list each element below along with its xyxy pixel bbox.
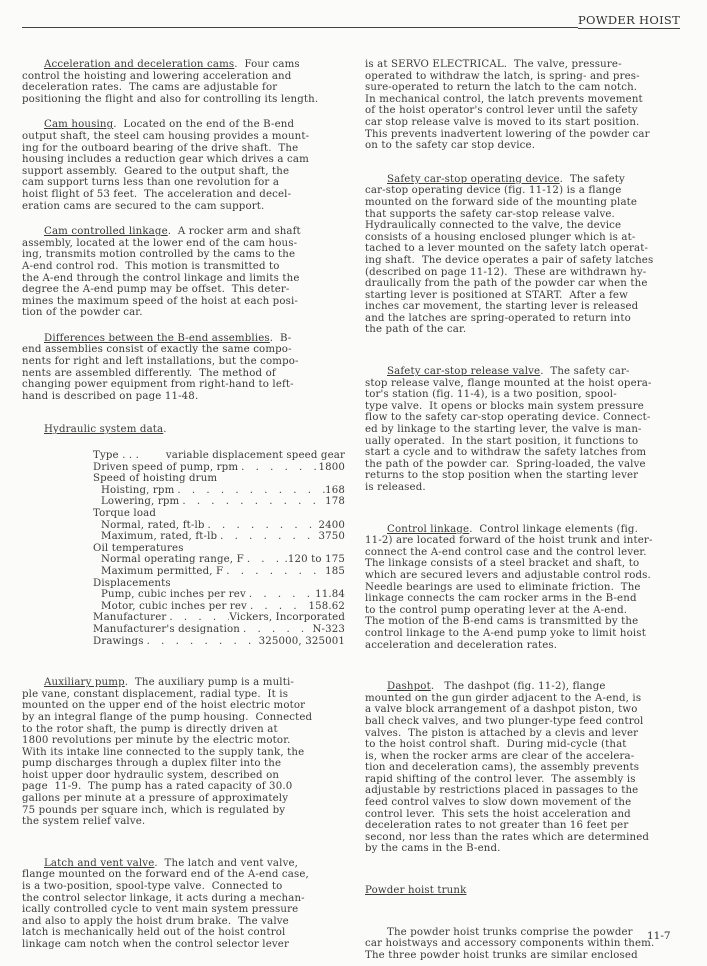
spec-row: Manufacturer. . . . . . . . . . . . . . …	[93, 612, 345, 624]
text-line: car-stop operating device (fig. 11-12) i…	[365, 185, 688, 197]
text-line: the path of the powder car. Spring-loade…	[365, 459, 688, 471]
text-line: support assembly. Geared to the output s…	[22, 166, 344, 178]
section-heading: Dashpot	[387, 681, 431, 692]
spec-value: 11.84	[315, 589, 345, 601]
text-line: positioning the flight and also for cont…	[22, 94, 344, 106]
spec-label: Hoisting, rpm	[101, 485, 174, 497]
text-line: assembly, located at the lower end of th…	[22, 238, 344, 250]
spec-value: N-323	[312, 624, 345, 636]
para-carstop-release: Safety car-stop release valve. The safet…	[365, 366, 688, 494]
spec-value: variable displacement speed gear	[166, 450, 345, 462]
text-line: the A-end through the control linkage an…	[22, 273, 344, 285]
para-accel-cams: Acceleration and deceleration cams. Four…	[22, 59, 344, 105]
para-aux-pump: Auxiliary pump. The auxiliary pump is a …	[22, 677, 344, 828]
section-heading: Cam housing	[44, 119, 113, 130]
leader-dots	[139, 450, 166, 462]
text-line: the system relief valve.	[22, 816, 344, 828]
spec-label: Normal operating range, F	[101, 554, 244, 566]
text-line: (described on page 11-12). These are wit…	[365, 267, 688, 279]
text-line: gallons per minute at a pressure of appr…	[22, 793, 344, 805]
text-line: end assemblies consist of exactly the sa…	[22, 344, 344, 356]
spec-label: Torque load	[93, 508, 156, 520]
trunk-heading: Powder hoist trunk	[365, 885, 688, 897]
spec-row: Manufacturer's designation. . . . . . . …	[93, 624, 345, 636]
leader-dots	[184, 543, 345, 555]
text-line: The three powder hoist trunks are simila…	[365, 950, 688, 962]
spec-row: Maximum, rated, ft-lb. . . . . . . . . .…	[93, 531, 345, 543]
text-line: tached to a lever mounted on the safety …	[365, 243, 688, 255]
spec-value: 168	[325, 485, 345, 497]
text-line: latch is mechanically held out of the ho…	[22, 927, 344, 939]
section-heading: Latch and vent valve	[44, 858, 154, 869]
text-line: by the cams in the B-end.	[365, 843, 688, 855]
text-line: returns to the stop position when the st…	[365, 470, 688, 482]
text-line: In mechanical control, the latch prevent…	[365, 94, 688, 106]
section-heading: Auxiliary pump	[44, 677, 125, 688]
text-line: cam support turns less than one revoluti…	[22, 177, 344, 189]
text-line: mounted on the forward side of the mount…	[365, 197, 688, 209]
spec-value: 158.62	[308, 601, 345, 613]
text-line: type valve. It opens or blocks main syst…	[365, 401, 688, 413]
spec-label: Drawings	[93, 636, 144, 648]
text-line: is released.	[365, 482, 688, 494]
text-line: ed by linkage to the starting lever, the…	[365, 424, 688, 436]
spec-value: 178	[325, 496, 345, 508]
spec-row: Driven speed of pump, rpm. . . . . . . .…	[93, 462, 345, 474]
text-line: and also to apply the hoist drum brake. …	[22, 916, 344, 928]
leader-dots	[171, 578, 345, 590]
text-line: page 11-9. The pump has a rated capacity…	[22, 781, 344, 793]
spec-row: Normal, rated, ft-lb. . . . . . . . . . …	[93, 520, 345, 532]
text-line: Safety car-stop operating device. The sa…	[365, 174, 688, 186]
text-line: The linkage consists of a steel bracket …	[365, 558, 688, 570]
text-line: second, nor less than the rates which ar…	[365, 832, 688, 844]
para-cam-linkage: Cam controlled linkage. A rocker arm and…	[22, 226, 344, 319]
text-line: hoist upper door hydraulic system, descr…	[22, 770, 344, 782]
text-line: valves. The piston is attached by a clev…	[365, 728, 688, 740]
spec-row: Speed of hoisting drum	[93, 473, 345, 485]
text-line: 75 pounds per square inch, which is regu…	[22, 805, 344, 817]
section-heading: Control linkage	[387, 524, 469, 535]
text-line: car hoistways and accessory components w…	[365, 938, 688, 950]
text-line: the control selector linkage, it acts du…	[22, 893, 344, 905]
para-latch-vent: Latch and vent valve. The latch and vent…	[22, 858, 344, 951]
text-line: 1800 revolutions per minute by the elect…	[22, 735, 344, 747]
leader-dots: . . . . . . . . . . . . . . . . . . . . …	[247, 601, 309, 613]
text-line: hand is described on page 11-48.	[22, 391, 344, 403]
text-line: sure-operated to return the latch to the…	[365, 82, 688, 94]
text-line: control the hoisting and lowering accele…	[22, 71, 344, 83]
leader-dots: . . . . . . . . . . . . . . . . . . . . …	[179, 496, 325, 508]
text-line: eration cams are secured to the cam supp…	[22, 201, 344, 213]
text-line: ing shaft. The device operates a pair of…	[365, 255, 688, 267]
leader-dots	[156, 508, 345, 520]
text-line: and the latches are spring-operated to r…	[365, 313, 688, 325]
spec-row: Oil temperatures	[93, 543, 345, 555]
text-line: flow to the safety car-stop operating de…	[365, 412, 688, 424]
spec-row: Hoisting, rpm. . . . . . . . . . . . . .…	[93, 485, 345, 497]
text-line: flange mounted on the forward end of the…	[22, 869, 344, 881]
text-line: changing power equipment from right-hand…	[22, 379, 344, 391]
spec-row: Drawings. . . . . . . . . . . . . . . . …	[93, 636, 345, 648]
leader-dots: . . . . . . . . . . . . . . . . . . . . …	[217, 531, 318, 543]
text-line: Cam controlled linkage. A rocker arm and…	[22, 226, 344, 238]
text-line: car stop release valve is moved to its s…	[365, 117, 688, 129]
text-line: Hydraulically connected to the valve, th…	[365, 220, 688, 232]
text-line: nents are assembled differently. The met…	[22, 368, 344, 380]
text-line: rapid shifting of the control lever. The…	[365, 774, 688, 786]
spec-row: Maximum permitted, F. . . . . . . . . . …	[93, 566, 345, 578]
hydraulic-spec-table: Type . . .variable displacement speed ge…	[22, 450, 345, 647]
text-line: mounted on the gun girder adjacent to th…	[365, 693, 688, 705]
spec-label: Motor, cubic inches per rev	[101, 601, 247, 613]
para-latch-continued: is at SERVO ELECTRICAL. The valve, press…	[365, 59, 688, 152]
spec-label: Lowering, rpm	[101, 496, 179, 508]
text-line: A-end control rod. This motion is transm…	[22, 261, 344, 273]
para-dashpot: Dashpot. The dashpot (fig. 11-2), flange…	[365, 681, 688, 855]
text-line: deceleration rates to not greater than 1…	[365, 820, 688, 832]
right-column: is at SERVO ELECTRICAL. The valve, press…	[365, 59, 688, 961]
text-line: Acceleration and deceleration cams. Four…	[22, 59, 344, 71]
spec-label: Normal, rated, ft-lb	[101, 520, 205, 532]
text-line: consists of a housing enclosed plunger w…	[365, 232, 688, 244]
spec-label: Driven speed of pump, rpm	[93, 462, 238, 474]
spec-value: 2400	[318, 520, 345, 532]
text-line: connect the A-end control case and the c…	[365, 547, 688, 559]
text-line: hoist flight of 53 feet. The acceleratio…	[22, 189, 344, 201]
text-line: linkage connects the cam rocker arms in …	[365, 593, 688, 605]
text-line: is at SERVO ELECTRICAL. The valve, press…	[365, 59, 688, 71]
text-line: ually operated. In the start position, i…	[365, 436, 688, 448]
left-column: Acceleration and deceleration cams. Four…	[22, 59, 344, 951]
para-trunk: The powder hoist trunks comprise the pow…	[365, 927, 688, 962]
text-line: start a cycle and to withdraw the safety…	[365, 447, 688, 459]
spec-row: Pump, cubic inches per rev. . . . . . . …	[93, 589, 345, 601]
para-cam-housing: Cam housing. Located on the end of the B…	[22, 119, 344, 212]
text-line: Dashpot. The dashpot (fig. 11-2), flange	[365, 681, 688, 693]
text-line: is, when the rocker arms are clear of th…	[365, 751, 688, 763]
spec-row: Type . . .variable displacement speed ge…	[93, 450, 345, 462]
spec-label: Oil temperatures	[93, 543, 184, 555]
text-line: housing includes a reduction gear which …	[22, 154, 344, 166]
text-line: The motion of the B-end cams is transmit…	[365, 616, 688, 628]
text-line: of the hoist operator's control lever un…	[365, 105, 688, 117]
spec-value: Vickers, Incorporated	[229, 612, 345, 624]
spec-value: 325000, 325001	[259, 636, 345, 648]
text-line: starting lever is positioned at START. A…	[365, 290, 688, 302]
leader-dots	[217, 473, 345, 485]
spec-row: Normal operating range, F. . . . . . . .…	[93, 554, 345, 566]
text-line: ically controlled cycle to vent main sys…	[22, 904, 344, 916]
spec-row: Lowering, rpm. . . . . . . . . . . . . .…	[93, 496, 345, 508]
text-line: pump discharges through a duplex filter …	[22, 758, 344, 770]
leader-dots: . . . . . . . . . . . . . . . . . . . . …	[244, 554, 285, 566]
text-line: Differences between the B-end assemblies…	[22, 333, 344, 345]
spec-label: Manufacturer's designation	[93, 624, 240, 636]
text-line: tor's station (fig. 11-4), is a two posi…	[365, 389, 688, 401]
text-line: Control linkage. Control linkage element…	[365, 524, 688, 536]
text-line: tion of the powder car.	[22, 307, 344, 319]
spec-label: Pump, cubic inches per rev	[101, 589, 246, 601]
text-line: deceleration rates. The cams are adjusta…	[22, 82, 344, 94]
leader-dots: . . . . . . . . . . . . . . . . . . . . …	[144, 636, 259, 648]
page-number: 11-7	[647, 930, 671, 942]
text-line: feed control valves to slow down movemen…	[365, 797, 688, 809]
text-line: that supports the safety car-stop releas…	[365, 209, 688, 221]
spec-row: Displacements	[93, 578, 345, 590]
text-line: ing, transmits motion controlled by the …	[22, 249, 344, 261]
text-line: tion and deceleration cams), the assembl…	[365, 762, 688, 774]
section-heading: Cam controlled linkage	[44, 226, 168, 237]
text-line: Cam housing. Located on the end of the B…	[22, 119, 344, 131]
text-line: draulically from the path of the powder …	[365, 278, 688, 290]
text-line: to the hoist control shaft. During mid-c…	[365, 739, 688, 751]
section-heading: Safety car-stop operating device	[387, 174, 560, 185]
text-line: stop release valve, flange mounted at th…	[365, 378, 688, 390]
text-line: With its intake line connected to the su…	[22, 747, 344, 759]
text-line: control lever. This sets the hoist accel…	[365, 809, 688, 821]
text-line: output shaft, the steel cam housing prov…	[22, 131, 344, 143]
spec-label: Speed of hoisting drum	[93, 473, 217, 485]
text-line: on to the safety car stop device.	[365, 140, 688, 152]
text-line: Auxiliary pump. The auxiliary pump is a …	[22, 677, 344, 689]
spec-label: Maximum, rated, ft-lb	[101, 531, 217, 543]
leader-dots: . . . . . . . . . . . . . . . . . . . . …	[174, 485, 325, 497]
text-line: The powder hoist trunks comprise the pow…	[365, 927, 688, 939]
text-line: linkage cam notch when the control selec…	[22, 939, 344, 951]
spec-value: 185	[325, 566, 345, 578]
para-control-linkage: Control linkage. Control linkage element…	[365, 524, 688, 652]
text-line: control linkage to the A-end pump yoke t…	[365, 628, 688, 640]
spec-label: Type . . .	[93, 450, 139, 462]
header-rule-right	[318, 27, 578, 28]
leader-dots: . . . . . . . . . . . . . . . . . . . . …	[223, 566, 325, 578]
text-line: acceleration and deceleration rates.	[365, 640, 688, 652]
para-carstop-device: Safety car-stop operating device. The sa…	[365, 174, 688, 336]
hydraulic-data-heading: Hydraulic system data.	[22, 424, 344, 436]
text-line: mounted on the upper end of the hoist el…	[22, 700, 344, 712]
text-line: the path of the car.	[365, 324, 688, 336]
spec-row: Motor, cubic inches per rev. . . . . . .…	[93, 601, 345, 613]
text-line: mines the maximum speed of the hoist at …	[22, 296, 344, 308]
text-line: ing for the outboard bearing of the driv…	[22, 143, 344, 155]
text-line: Needle bearings are used to eliminate fr…	[365, 582, 688, 594]
text-line: to the control pump operating lever at t…	[365, 605, 688, 617]
section-heading: Differences between the B-end assemblies	[44, 333, 270, 344]
text-line: by an integral flange of the pump housin…	[22, 712, 344, 724]
running-title: POWDER HOIST	[578, 14, 680, 29]
leader-dots: . . . . . . . . . . . . . . . . . . . . …	[240, 624, 312, 636]
text-line: degree the A-end pump may be offset. Thi…	[22, 284, 344, 296]
text-line: adjustable by restrictions placed in pas…	[365, 785, 688, 797]
text-line: nents for right and left installations, …	[22, 356, 344, 368]
text-line: This prevents inadvertent lowering of th…	[365, 129, 688, 141]
section-heading: Acceleration and deceleration cams	[44, 59, 234, 70]
text-line: ple vane, constant displacement, radial …	[22, 689, 344, 701]
text-line: which are secured levers and adjustable …	[365, 570, 688, 582]
text-line: 11-2) are located forward of the hoist t…	[365, 535, 688, 547]
text-line: Safety car-stop release valve. The safet…	[365, 366, 688, 378]
spec-value: 3750	[318, 531, 345, 543]
text-line: inches car movement, the starting lever …	[365, 301, 688, 313]
section-heading: Safety car-stop release valve	[387, 366, 540, 377]
text-line: operated to withdraw the latch, is sprin…	[365, 71, 688, 83]
para-b-end-differences: Differences between the B-end assemblies…	[22, 333, 344, 403]
spec-value: .120 to 175	[285, 554, 345, 566]
leader-dots: . . . . . . . . . . . . . . . . . . . . …	[238, 462, 318, 474]
leader-dots: . . . . . . . . . . . . . . . . . . . . …	[166, 612, 229, 624]
leader-dots: . . . . . . . . . . . . . . . . . . . . …	[205, 520, 319, 532]
spec-label: Maximum permitted, F	[101, 566, 223, 578]
text-line: ball check valves, and two plunger-type …	[365, 716, 688, 728]
spec-label: Manufacturer	[93, 612, 166, 624]
text-line: to the rotor shaft, the pump is directly…	[22, 724, 344, 736]
spec-label: Displacements	[93, 578, 171, 590]
leader-dots: . . . . . . . . . . . . . . . . . . . . …	[246, 589, 315, 601]
spec-row: Torque load	[93, 508, 345, 520]
text-line: Latch and vent valve. The latch and vent…	[22, 858, 344, 870]
spec-value: 1800	[318, 462, 345, 474]
text-line: a valve block arrangement of a dashpot p…	[365, 704, 688, 716]
text-line: is a two-position, spool-type valve. Con…	[22, 881, 344, 893]
